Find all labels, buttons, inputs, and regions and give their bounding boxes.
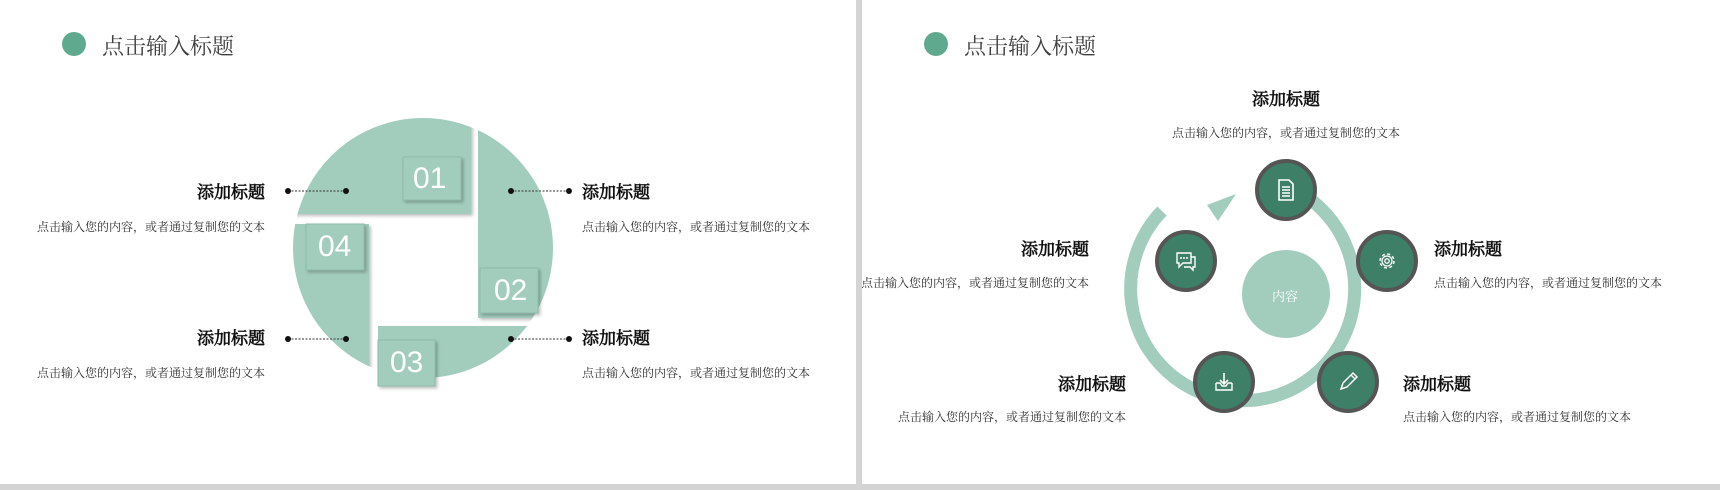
node-gear[interactable] <box>1356 230 1418 292</box>
document-icon <box>1274 178 1298 202</box>
item-desc-bottom-right[interactable]: 点击输入您的内容，或者通过复制您的文本 <box>582 364 810 381</box>
item-title-bottom-right[interactable]: 添加标题 <box>582 324 650 349</box>
item-title-top-right[interactable]: 添加标题 <box>582 178 650 203</box>
item-desc-bottom-left[interactable]: 点击输入您的内容，或者通过复制您的文本 <box>37 364 265 381</box>
center-label: 内容 <box>1272 286 1298 305</box>
node-desc-left[interactable]: 点击输入您的内容，或者通过复制您的文本 <box>862 274 1089 291</box>
node-desc-right[interactable]: 点击输入您的内容，或者通过复制您的文本 <box>1434 274 1662 291</box>
node-download[interactable] <box>1193 351 1255 413</box>
node-pencil[interactable] <box>1317 351 1379 413</box>
item-desc-top-left[interactable]: 点击输入您的内容，或者通过复制您的文本 <box>37 218 265 235</box>
download-tray-icon <box>1212 370 1236 394</box>
node-desc-top[interactable]: 点击输入您的内容，或者通过复制您的文本 <box>1136 124 1436 141</box>
item-title-top-left[interactable]: 添加标题 <box>197 178 265 203</box>
node-title-bottom-left[interactable]: 添加标题 <box>1058 370 1126 395</box>
segment-number-02: 02 <box>494 274 527 308</box>
pencil-icon <box>1336 370 1360 394</box>
node-title-bottom-right[interactable]: 添加标题 <box>1403 370 1471 395</box>
quad-circle-diagram <box>0 0 856 484</box>
item-title-bottom-left[interactable]: 添加标题 <box>197 324 265 349</box>
node-desc-bottom-left[interactable]: 点击输入您的内容，或者通过复制您的文本 <box>898 408 1126 425</box>
segment-number-01: 01 <box>413 162 446 196</box>
chat-bubbles-icon <box>1174 249 1198 273</box>
gear-icon <box>1375 249 1399 273</box>
item-desc-top-right[interactable]: 点击输入您的内容，或者通过复制您的文本 <box>582 218 810 235</box>
node-desc-bottom-right[interactable]: 点击输入您的内容，或者通过复制您的文本 <box>1403 408 1631 425</box>
segment-number-03: 03 <box>390 346 423 380</box>
node-title-top[interactable]: 添加标题 <box>1186 85 1386 110</box>
node-title-right[interactable]: 添加标题 <box>1434 235 1502 260</box>
slide-left: 点击输入标题 <box>0 0 856 484</box>
slide-right: 点击输入标题 内容 <box>862 0 1720 484</box>
node-chat[interactable] <box>1155 230 1217 292</box>
segment-number-04: 04 <box>318 230 351 264</box>
node-title-left[interactable]: 添加标题 <box>1021 235 1089 260</box>
node-document[interactable] <box>1255 159 1317 221</box>
